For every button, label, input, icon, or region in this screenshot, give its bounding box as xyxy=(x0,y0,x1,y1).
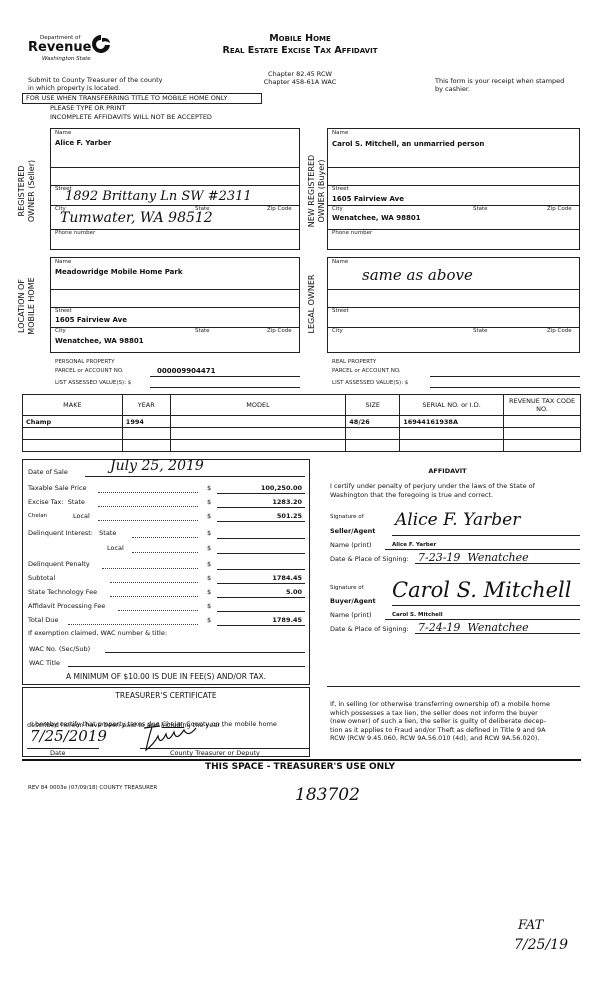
amount-line xyxy=(217,507,305,508)
seller-section-label-1: REGISTERED xyxy=(17,151,27,231)
buyer-signature-of-label: Signature of xyxy=(330,585,364,591)
cell-tax-code[interactable] xyxy=(504,440,581,452)
delinquent-penalty-label: Delinquent Penalty xyxy=(28,560,90,568)
divider xyxy=(50,289,300,290)
excise-tax-local-label: Local xyxy=(73,512,90,520)
cell-tax-code[interactable] xyxy=(504,428,581,440)
divider xyxy=(327,289,580,290)
personal-assessed-label: LIST ASSESSED VALUE(S): $ xyxy=(55,380,131,386)
location-street-label: Street xyxy=(55,308,72,314)
transfer-notice: FOR USE WHEN TRANSFERRING TITLE TO MOBIL… xyxy=(22,93,262,104)
delinquent-interest-local-label: Local xyxy=(107,544,124,552)
dollar-sign: $ xyxy=(207,574,211,582)
seller-phone-label: Phone number xyxy=(55,230,95,236)
amount-line xyxy=(217,538,305,539)
cell-model[interactable] xyxy=(170,428,346,440)
cell-size[interactable] xyxy=(346,428,400,440)
buyer-city-label: City xyxy=(332,206,343,212)
warning-line-3: (new owner) of such a lien, the seller i… xyxy=(330,717,580,726)
dollar-sign: $ xyxy=(207,484,211,492)
treasurer-date-label: Date xyxy=(50,749,66,757)
date-place-line xyxy=(415,563,580,564)
cell-make[interactable] xyxy=(23,440,123,452)
form-title-line2: Real Estate Excise Tax Affidavit xyxy=(0,45,600,56)
buyer-name[interactable]: Carol S. Mitchell, an unmarried person xyxy=(332,140,484,148)
state-technology-fee-label: State Technology Fee xyxy=(28,588,97,596)
buyer-state-label: State xyxy=(473,206,488,212)
personal-parcel-label: PARCEL or ACCOUNT NO. xyxy=(55,368,124,374)
seller-section-label: REGISTERED OWNER (Seller) xyxy=(17,151,39,231)
affidavit-title: AFFIDAVIT xyxy=(315,467,580,475)
table-row xyxy=(23,440,581,452)
receipt-note-2: by cashier. xyxy=(435,85,470,93)
treasurer-date-value[interactable]: 7/25/2019 xyxy=(30,727,107,745)
receipt-note-1: This form is your receipt when stamped xyxy=(435,77,564,85)
cell-make[interactable] xyxy=(23,428,123,440)
dollar-sign: $ xyxy=(207,529,211,537)
treasurer-use-heading: THIS SPACE - TREASURER'S USE ONLY xyxy=(0,762,600,772)
leader-dots xyxy=(98,520,198,521)
seller-street[interactable]: 1892 Brittany Ln SW #2311 xyxy=(65,189,252,204)
col-size: SIZE xyxy=(346,395,400,416)
seller-signature[interactable]: Alice F. Yarber xyxy=(395,510,520,530)
leader-dots xyxy=(98,492,198,493)
leader-dots xyxy=(98,506,198,507)
name-print-line xyxy=(385,549,580,550)
legal-owner-name[interactable]: same as above xyxy=(362,266,473,284)
location-section-label-1: LOCATION OF xyxy=(17,266,27,346)
exemption-label: If exemption claimed, WAC number & title… xyxy=(28,629,167,637)
location-state-label: State xyxy=(195,328,210,334)
taxable-sale-price-label: Taxable Sale Price xyxy=(28,484,87,492)
location-zip-label: Zip Code xyxy=(267,328,292,334)
buyer-street[interactable]: 1605 Fairview Ave xyxy=(332,195,404,203)
amount-line xyxy=(217,625,305,626)
leader-dots xyxy=(110,596,198,597)
real-parcel-label: PARCEL or ACCOUNT NO. xyxy=(332,368,401,374)
dor-logo-line3: Washington State xyxy=(42,56,91,62)
warning-line-4: tion as it applies to Fraud and/or Theft… xyxy=(330,726,580,735)
taxable-sale-price-value[interactable]: 100,250.00 xyxy=(232,484,302,492)
signature-line xyxy=(392,535,580,536)
leader-dots xyxy=(102,568,198,569)
dollar-sign: $ xyxy=(207,512,211,520)
location-section-label-2: MOBILE HOME xyxy=(27,266,37,346)
amount-line xyxy=(217,569,305,570)
col-model: MODEL xyxy=(170,395,346,416)
amount-line xyxy=(217,583,305,584)
location-name-label: Name xyxy=(55,259,71,265)
warning-text: If, in selling (or otherwise transferrin… xyxy=(330,700,580,743)
divider xyxy=(327,185,580,186)
cell-year[interactable] xyxy=(122,440,170,452)
date-of-sale-label: Date of Sale xyxy=(28,468,68,476)
cell-model[interactable] xyxy=(170,416,346,428)
form-title-line1: Mobile Home xyxy=(0,33,600,44)
table-row: Champ 1994 48/26 16944161938A xyxy=(23,416,581,428)
wac-no-label: WAC No. (Sec/Sub) xyxy=(29,645,90,653)
minimum-fee-notice: A MINIMUM OF $10.00 IS DUE IN FEE(S) AND… xyxy=(22,672,310,681)
buyer-section-label-2: OWNER (Buyer) xyxy=(317,151,327,231)
warning-line-1: If, in selling (or otherwise transferrin… xyxy=(330,700,580,709)
divider xyxy=(50,185,300,186)
seller-zip-label: Zip Code xyxy=(267,206,292,212)
seller-name-label: Name xyxy=(55,130,71,136)
amount-line xyxy=(217,521,305,522)
subtotal-label: Subtotal xyxy=(28,574,55,582)
seller-name-print-label: Name (print) xyxy=(330,541,372,549)
cashier-initials: FAT xyxy=(518,918,543,933)
signature-line xyxy=(392,605,580,606)
buyer-phone-label: Phone number xyxy=(332,230,372,236)
leader-dots xyxy=(68,624,198,625)
buyer-name-print[interactable]: Carol S. Mitchell xyxy=(392,612,443,618)
col-make: MAKE xyxy=(23,395,123,416)
col-serial: SERIAL NO. or I.D. xyxy=(400,395,504,416)
leader-dots xyxy=(110,582,198,583)
real-assessed-label: LIST ASSESSED VALUE(S): $ xyxy=(332,380,408,386)
legal-owner-zip-label: Zip Code xyxy=(547,328,572,334)
divider xyxy=(50,327,300,328)
dollar-sign: $ xyxy=(207,544,211,552)
divider xyxy=(327,307,580,308)
location-city-state-zip[interactable]: Wenatchee, WA 98801 xyxy=(55,337,144,345)
wac-no-field[interactable] xyxy=(105,652,305,653)
dollar-sign: $ xyxy=(207,602,211,610)
cell-serial[interactable] xyxy=(400,440,504,452)
treasurer-certificate-title: TREASURER'S CERTIFICATE xyxy=(22,691,310,700)
buyer-section-label: NEW REGISTERED OWNER (Buyer) xyxy=(307,151,329,231)
treasurer-use-divider xyxy=(22,759,581,761)
total-due-label: Total Due xyxy=(28,616,58,624)
real-parcel-line xyxy=(430,376,580,377)
real-property-heading: REAL PROPERTY xyxy=(332,359,376,365)
delinquent-interest-state-label: Delinquent Interest: State xyxy=(28,529,116,537)
excise-tax-state-label: Excise Tax: State xyxy=(28,498,85,506)
legal-owner-street-label: Street xyxy=(332,308,349,314)
table-header-row: MAKE YEAR MODEL SIZE SERIAL NO. or I.D. … xyxy=(23,395,581,416)
location-street[interactable]: 1605 Fairview Ave xyxy=(55,316,127,324)
print-notice: PLEASE TYPE OR PRINT xyxy=(50,104,125,112)
cell-make[interactable]: Champ xyxy=(23,416,123,428)
cell-year[interactable]: 1994 xyxy=(122,416,170,428)
submit-instruction-1: Submit to County Treasurer of the county xyxy=(28,76,162,84)
dollar-sign: $ xyxy=(207,616,211,624)
cell-serial[interactable] xyxy=(400,428,504,440)
cell-model[interactable] xyxy=(170,440,346,452)
wac-title-label: WAC Title xyxy=(29,659,60,667)
buyer-section-label-1: NEW REGISTERED xyxy=(307,151,317,231)
personal-assessed-line xyxy=(150,387,300,388)
location-section-label: LOCATION OF MOBILE HOME xyxy=(17,266,39,346)
name-print-line xyxy=(385,619,580,620)
seller-name[interactable]: Alice F. Yarber xyxy=(55,139,111,147)
warning-line-2: which possesses a tax lien, the seller d… xyxy=(330,709,580,718)
seller-section-label-2: OWNER (Seller) xyxy=(27,151,37,231)
cell-size[interactable]: 48/26 xyxy=(346,416,400,428)
buyer-name-label: Name xyxy=(332,130,348,136)
receipt-number: 183702 xyxy=(295,785,360,805)
warning-top-line xyxy=(327,686,580,687)
col-year: YEAR xyxy=(122,395,170,416)
cell-tax-code[interactable] xyxy=(504,416,581,428)
location-city-label: City xyxy=(55,328,66,334)
seller-date-place-label: Date & Place of Signing: xyxy=(330,555,409,563)
legal-owner-city-label: City xyxy=(332,328,343,334)
state-technology-fee-value[interactable]: 5.00 xyxy=(232,588,302,596)
personal-property-heading: PERSONAL PROPERTY xyxy=(55,359,115,365)
amount-line xyxy=(217,553,305,554)
cell-serial[interactable]: 16944161938A xyxy=(400,416,504,428)
personal-parcel-line xyxy=(150,376,300,377)
legal-owner-state-label: State xyxy=(473,328,488,334)
total-due-value[interactable]: 1789.45 xyxy=(232,616,302,624)
divider xyxy=(50,307,300,308)
date-of-sale-line xyxy=(85,476,305,477)
cell-year[interactable] xyxy=(122,428,170,440)
real-assessed-line xyxy=(430,387,580,388)
leader-dots xyxy=(132,552,198,553)
dollar-sign: $ xyxy=(207,588,211,596)
affidavit-processing-fee-label: Affidavit Processing Fee xyxy=(28,602,105,610)
seller-signature-of-label: Signature of xyxy=(330,514,364,520)
seller-city-state-zip[interactable]: Tumwater, WA 98512 xyxy=(60,210,213,226)
affidavit-statement-1: I certify under penalty of perjury under… xyxy=(330,482,535,490)
personal-parcel-value[interactable]: 000009904471 xyxy=(157,367,215,375)
buyer-signature[interactable]: Carol S. Mitchell xyxy=(392,578,571,602)
date-of-sale-value[interactable]: July 25, 2019 xyxy=(110,458,204,474)
divider xyxy=(327,205,580,206)
col-tax-code: REVENUE TAX CODE NO. xyxy=(504,395,581,416)
divider xyxy=(327,167,580,168)
legal-owner-section-label: LEGAL OWNER xyxy=(307,264,319,344)
leader-dots xyxy=(118,610,198,611)
excise-tax-local-value[interactable]: 501.25 xyxy=(232,512,302,520)
leader-dots xyxy=(132,537,198,538)
table-row xyxy=(23,428,581,440)
dollar-sign: $ xyxy=(207,498,211,506)
seller-agent-label: Seller/Agent xyxy=(330,527,375,535)
affidavit-statement-2: Washington that the foregoing is true an… xyxy=(330,491,493,499)
wac-title-field[interactable] xyxy=(68,666,305,667)
amount-line xyxy=(217,597,305,598)
location-name[interactable]: Meadowridge Mobile Home Park xyxy=(55,268,182,276)
treasurer-deputy-label: County Treasurer or Deputy xyxy=(170,749,260,757)
buyer-zip-label: Zip Code xyxy=(547,206,572,212)
seller-name-print[interactable]: Alice F. Yarber xyxy=(392,542,436,548)
mobile-home-table: MAKE YEAR MODEL SIZE SERIAL NO. or I.D. … xyxy=(22,394,581,452)
form-id: REV 84 0003e (07/09/18) COUNTY TREASURER xyxy=(28,785,157,791)
divider xyxy=(327,327,580,328)
amount-line xyxy=(217,493,305,494)
divider xyxy=(50,205,300,206)
incomplete-notice: INCOMPLETE AFFIDAVITS WILL NOT BE ACCEPT… xyxy=(50,113,212,121)
buyer-date-place-label: Date & Place of Signing: xyxy=(330,625,409,633)
buyer-city-state-zip[interactable]: Wenatchee, WA 98801 xyxy=(332,214,421,222)
dollar-sign: $ xyxy=(207,560,211,568)
buyer-agent-label: Buyer/Agent xyxy=(330,597,376,605)
divider xyxy=(50,167,300,168)
cashier-initials-date: 7/25/19 xyxy=(514,937,568,953)
buyer-name-print-label: Name (print) xyxy=(330,611,372,619)
subtotal-value[interactable]: 1784.45 xyxy=(232,574,302,582)
excise-tax-state-value[interactable]: 1283.20 xyxy=(232,498,302,506)
warning-line-5: RCW (RCW 9.45.060, RCW 9A.56.010 (4d), a… xyxy=(330,734,580,743)
excise-county-name[interactable]: Chelan xyxy=(28,513,47,519)
amount-line xyxy=(217,611,305,612)
submit-instruction-2: in which property is located. xyxy=(28,84,120,92)
buyer-street-label: Street xyxy=(332,186,349,192)
cell-size[interactable] xyxy=(346,440,400,452)
date-place-line xyxy=(415,633,580,634)
legal-owner-name-label: Name xyxy=(332,259,348,265)
